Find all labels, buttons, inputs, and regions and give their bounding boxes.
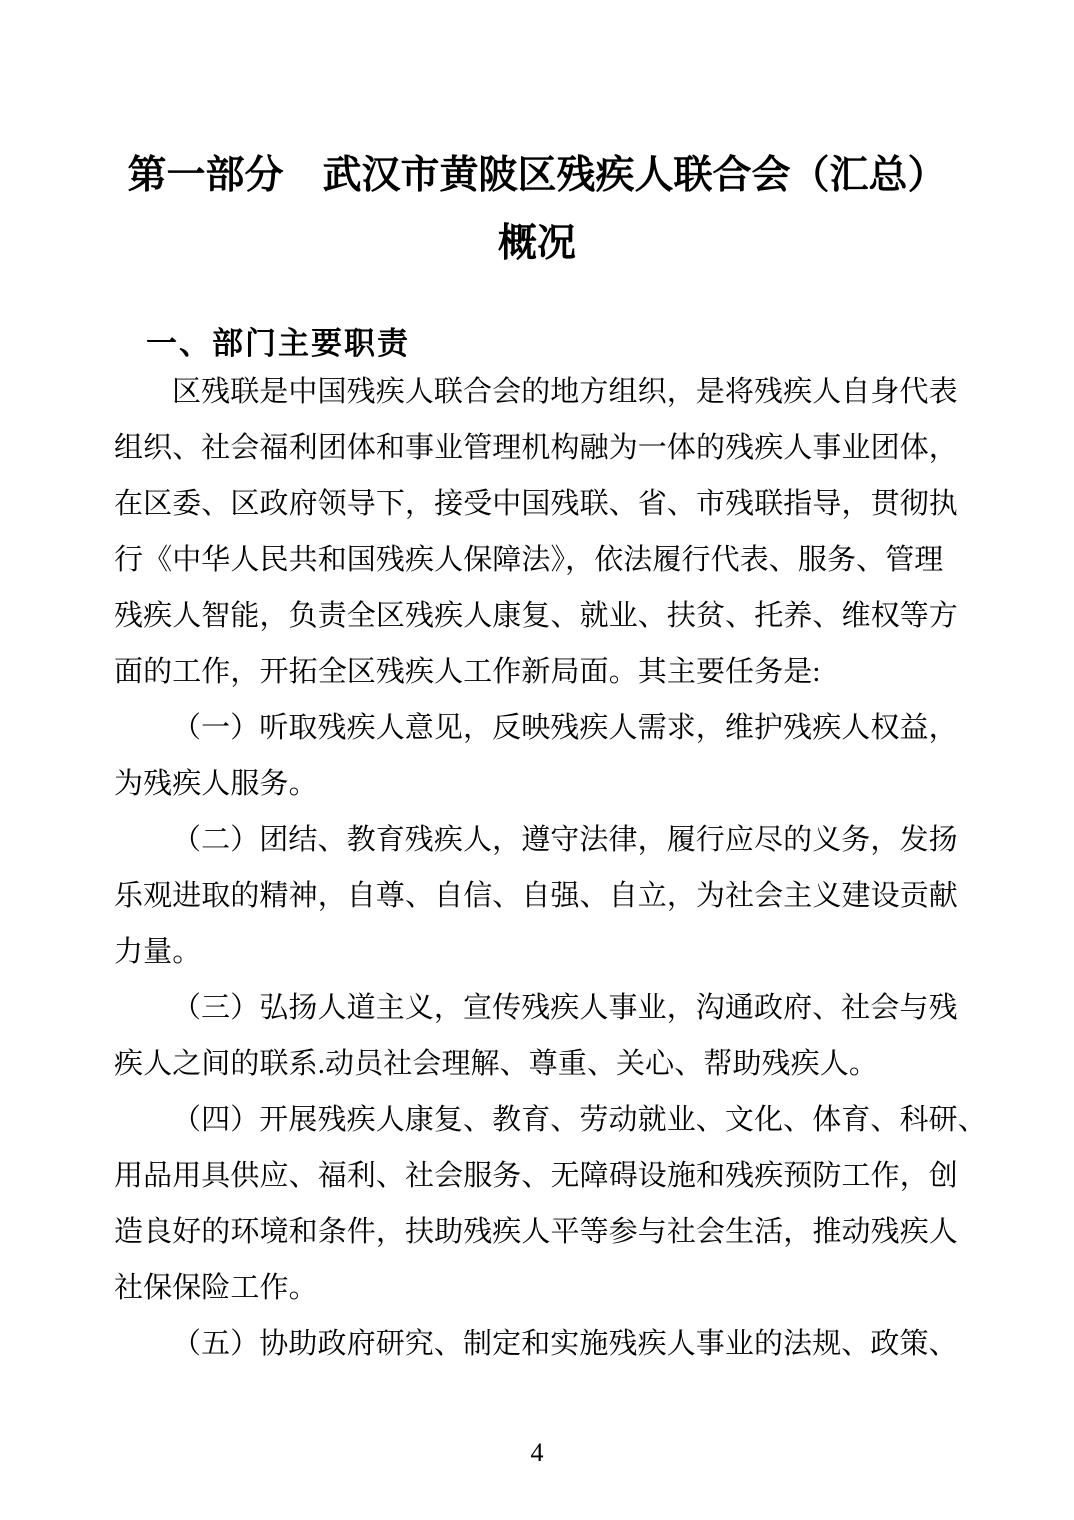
body-line: 社保保险工作。 bbox=[114, 1260, 960, 1316]
body-line: （五）协助政府研究、制定和实施残疾人事业的法规、政策、 bbox=[114, 1316, 960, 1372]
page-number: 4 bbox=[0, 1433, 1074, 1473]
document-page: 第一部分 武汉市黄陂区残疾人联合会（汇总） 概况 一、部门主要职责 区残联是中国… bbox=[0, 0, 1074, 1520]
body-line: 疾人之间的联系.动员社会理解、尊重、关心、帮助残疾人。 bbox=[114, 1036, 960, 1092]
body-line: 残疾人智能，负责全区残疾人康复、就业、扶贫、托养、维权等方 bbox=[114, 588, 960, 644]
body-line: 面的工作，开拓全区残疾人工作新局面。其主要任务是: bbox=[114, 644, 960, 700]
body-line: 行《中华人民共和国残疾人保障法》，依法履行代表、服务、管理 bbox=[114, 532, 960, 588]
document-title-line1: 第一部分 武汉市黄陂区残疾人联合会（汇总） bbox=[114, 148, 960, 204]
body-line: 为残疾人服务。 bbox=[114, 756, 960, 812]
body-line: 在区委、区政府领导下，接受中国残联、省、市残联指导，贯彻执 bbox=[114, 476, 960, 532]
body-line: （四）开展残疾人康复、教育、劳动就业、文化、体育、科研、 bbox=[114, 1092, 960, 1148]
body-line: 区残联是中国残疾人联合会的地方组织，是将残疾人自身代表 bbox=[114, 364, 960, 420]
body-line: （三）弘扬人道主义，宣传残疾人事业，沟通政府、社会与残 bbox=[114, 980, 960, 1036]
document-title-line2: 概况 bbox=[114, 216, 960, 272]
body-line: 组织、社会福利团体和事业管理机构融为一体的残疾人事业团体， bbox=[114, 420, 960, 476]
body-line: 乐观进取的精神，自尊、自信、自强、自立，为社会主义建设贡献 bbox=[114, 868, 960, 924]
body-line: （一）听取残疾人意见，反映残疾人需求，维护残疾人权益， bbox=[114, 700, 960, 756]
body-line: （二）团结、教育残疾人，遵守法律，履行应尽的义务，发扬 bbox=[114, 812, 960, 868]
body-line: 用品用具供应、福利、社会服务、无障碍设施和残疾预防工作，创 bbox=[114, 1148, 960, 1204]
body-line: 造良好的环境和条件，扶助残疾人平等参与社会生活，推动残疾人 bbox=[114, 1204, 960, 1260]
document-body: 区残联是中国残疾人联合会的地方组织，是将残疾人自身代表组织、社会福利团体和事业管… bbox=[114, 364, 960, 1372]
body-line: 力量。 bbox=[114, 924, 960, 980]
